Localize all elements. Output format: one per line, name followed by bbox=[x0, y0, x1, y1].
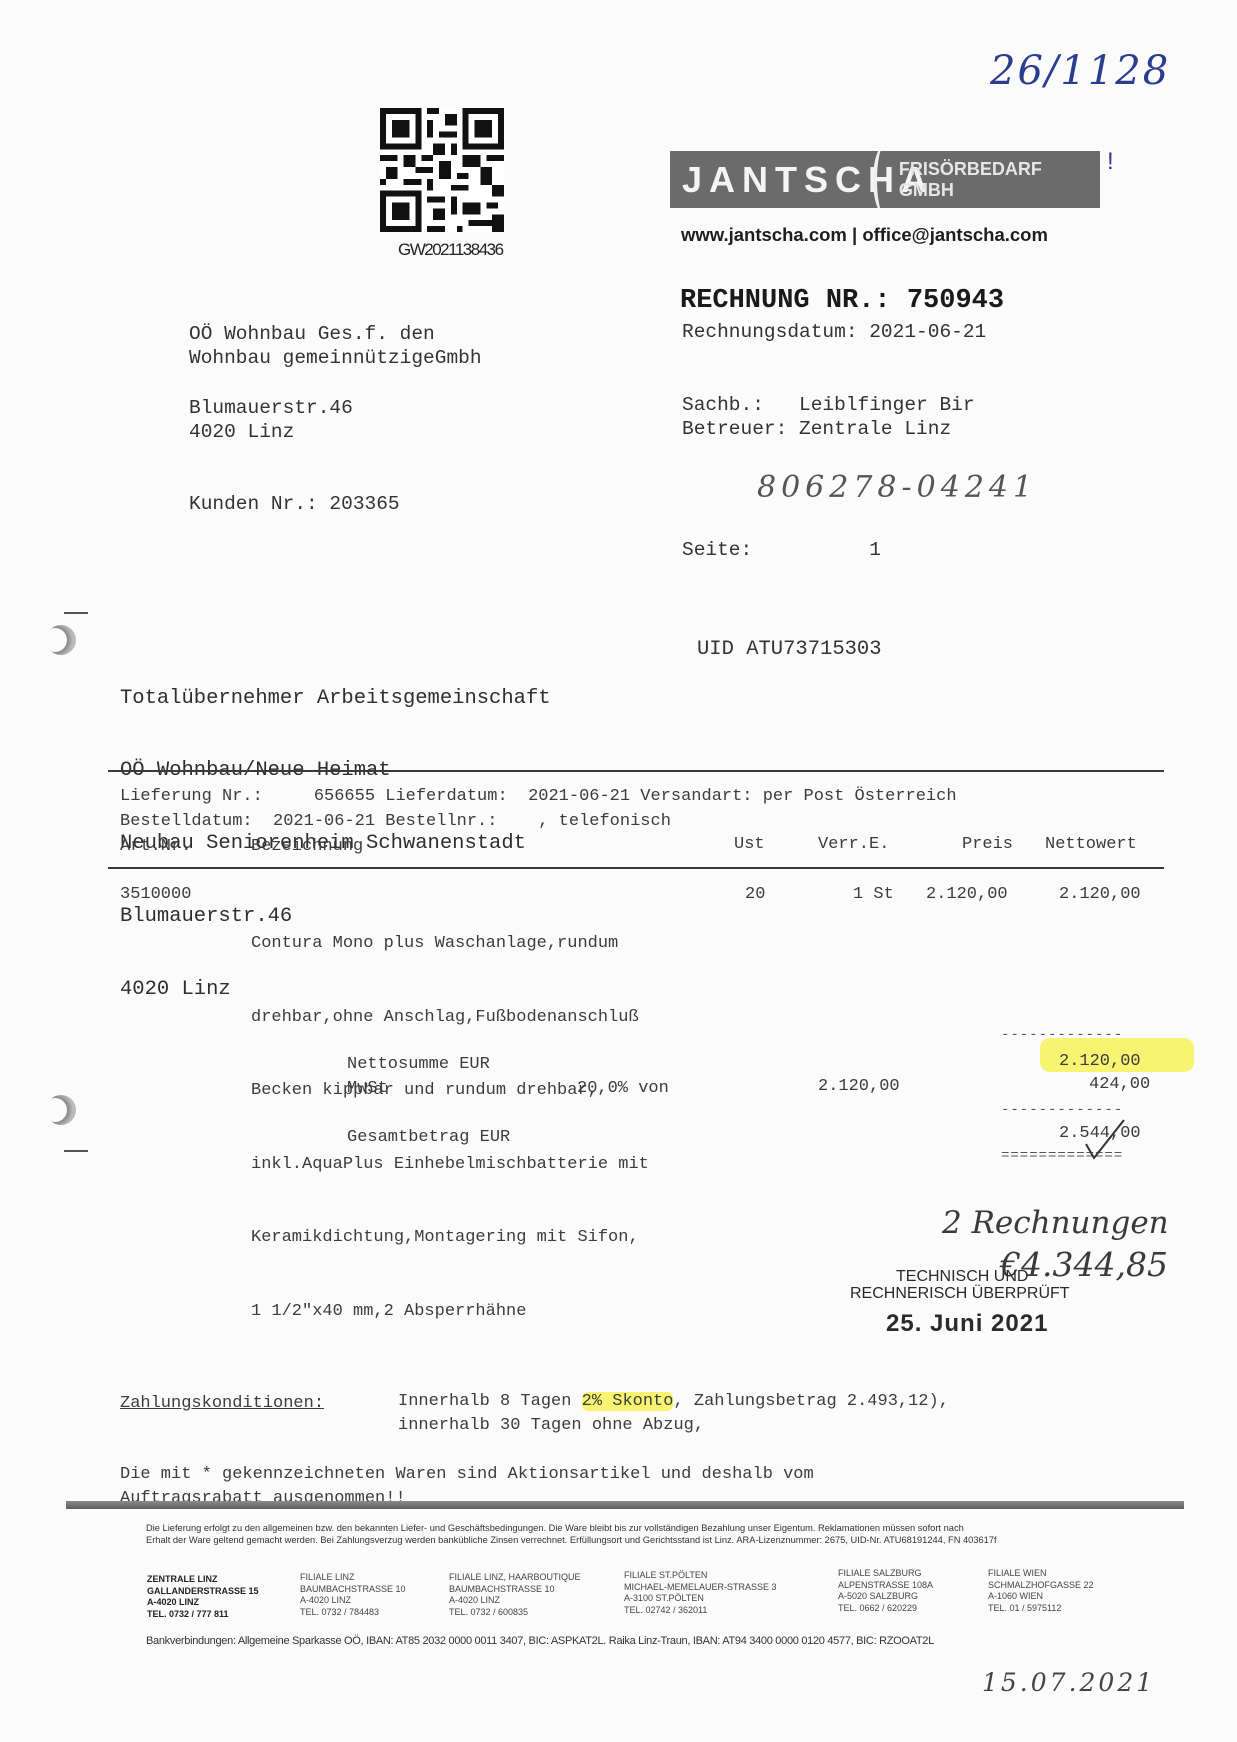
branch-linz: FILIALE LINZ BAUMBACHSTRASSE 10 A-4020 L… bbox=[300, 1572, 406, 1618]
uid-number: UID ATU73715303 bbox=[697, 638, 882, 662]
payment-terms-text: Innerhalb 8 Tagen bbox=[398, 1392, 582, 1411]
divider bbox=[108, 867, 1164, 869]
stamp-line1: TECHNISCH UND bbox=[850, 1268, 1070, 1285]
fold-mark bbox=[64, 612, 88, 614]
row-net-value: 2.120,00 bbox=[1059, 883, 1141, 908]
vat-base: 2.120,00 bbox=[818, 1075, 900, 1100]
grand-total-label: Gesamtbetrag EUR bbox=[347, 1126, 510, 1151]
handwritten-note: 2 Rechnungen bbox=[942, 1205, 1169, 1241]
qr-code-number: GW2021138436 bbox=[398, 240, 503, 260]
invoice-date: Rechnungsdatum: 2021-06-21 bbox=[682, 320, 986, 344]
stamp-date: 25. Juni 2021 bbox=[850, 1310, 1070, 1338]
promo-note-line1: Die mit * gekennzeichneten Waren sind Ak… bbox=[120, 1463, 814, 1488]
branch-salzburg: FILIALE SALZBURG ALPENSTRASSE 108A A-502… bbox=[838, 1568, 933, 1614]
company-contact: www.jantscha.com | office@jantscha.com bbox=[681, 224, 1048, 246]
description-line: 1 1/2"x40 mm,2 Absperrhähne bbox=[251, 1300, 649, 1325]
handwritten-order-number: 806278-04241 bbox=[757, 470, 1037, 505]
payment-terms-text: , Zahlungsbetrag 2.493,12), bbox=[673, 1392, 948, 1411]
punch-hole bbox=[46, 625, 76, 655]
description-line: inkl.AquaPlus Einhebelmischbatterie mit bbox=[251, 1153, 649, 1178]
recipient-street: Blumauerstr.46 bbox=[189, 396, 353, 420]
page-number: Seite: 1 bbox=[682, 538, 881, 562]
handwritten-mark: ! bbox=[1107, 148, 1114, 176]
footer-divider bbox=[66, 1501, 1184, 1509]
row-art-nr: 3510000 bbox=[120, 883, 191, 908]
delivery-info-line2: Bestelldatum: 2021-06-21 Bestellnr.: , t… bbox=[120, 810, 671, 835]
col-header-unit: Verr.E. bbox=[818, 833, 889, 858]
legal-terms: Die Lieferung erfolgt zu den allgemeinen… bbox=[146, 1522, 1106, 1546]
payment-terms-label: Zahlungskonditionen: bbox=[120, 1392, 324, 1417]
recipient-city: 4020 Linz bbox=[189, 420, 294, 444]
punch-hole bbox=[46, 1095, 76, 1125]
vat-value: 424,00 bbox=[1089, 1073, 1150, 1098]
verification-stamp: TECHNISCH UND RECHNERISCH ÜBERPRÜFT 25. … bbox=[850, 1268, 1070, 1338]
handwritten-reference: 26/1128 bbox=[990, 48, 1170, 94]
discount-highlight: 2% Skonto bbox=[582, 1392, 674, 1411]
qr-code-icon bbox=[380, 108, 504, 232]
branch-headquarters: ZENTRALE LINZ GALLANDERSTRASSE 15 A-4020… bbox=[147, 1574, 259, 1620]
stamp-line2: RECHNERISCH ÜBERPRÜFT bbox=[850, 1285, 1070, 1302]
branch-st-poelten: FILIALE ST.PÖLTEN MICHAEL-MEMELAUER-STRA… bbox=[624, 1570, 777, 1616]
customer-number: Kunden Nr.: 203365 bbox=[189, 492, 400, 516]
handwritten-date: 15.07.2021 bbox=[982, 1668, 1155, 1697]
account-manager-line: Betreuer: Zentrale Linz bbox=[682, 417, 951, 441]
clerk-line: Sachb.: Leiblfinger Bir bbox=[682, 393, 975, 417]
vat-rate: 20,0% von bbox=[577, 1077, 669, 1102]
fold-mark bbox=[64, 1150, 88, 1152]
company-name: JANTSCHA bbox=[670, 159, 875, 201]
delivery-address-line: Totalübernehmer Arbeitsgemeinschaft bbox=[120, 687, 551, 711]
row-unit: 1 St bbox=[853, 883, 894, 908]
net-total-label: Nettosumme EUR bbox=[347, 1053, 490, 1078]
payment-terms-line2: innerhalb 30 Tagen ohne Abzug, bbox=[398, 1414, 704, 1439]
logo-separator bbox=[873, 151, 897, 208]
legal-line: Die Lieferung erfolgt zu den allgemeinen… bbox=[146, 1522, 1106, 1534]
invoice-title: RECHNUNG NR.: 750943 bbox=[680, 286, 1004, 316]
recipient-line2: Wohnbau gemeinnützigeGmbh bbox=[189, 346, 482, 370]
payment-terms-line1: Innerhalb 8 Tagen 2% Skonto, Zahlungsbet… bbox=[398, 1390, 949, 1415]
description-line: Keramikdichtung,Montagering mit Sifon, bbox=[251, 1226, 649, 1251]
company-subtitle: FRISÖRBEDARF GMBH bbox=[897, 159, 1100, 201]
description-line: drehbar,ohne Anschlag,Fußbodenanschluß bbox=[251, 1006, 649, 1031]
delivery-info-line1: Lieferung Nr.: 656655 Lieferdatum: 2021-… bbox=[120, 785, 957, 810]
vat-label: MwSt bbox=[347, 1077, 388, 1102]
recipient-line1: OÖ Wohnbau Ges.f. den bbox=[189, 322, 435, 346]
branch-linz-haarboutique: FILIALE LINZ, HAARBOUTIQUE BAUMBACHSTRAS… bbox=[449, 1572, 581, 1618]
col-header-description: Bezeichnung bbox=[251, 835, 363, 860]
divider bbox=[108, 770, 1164, 772]
net-total-value: 2.120,00 bbox=[1059, 1050, 1141, 1075]
col-header-price: Preis bbox=[962, 833, 1013, 858]
checkmark-icon bbox=[1080, 1112, 1130, 1162]
legal-line: Erhalt der Ware geltend gemacht werden. … bbox=[146, 1534, 1106, 1546]
col-header-vat: Ust bbox=[734, 833, 765, 858]
company-logo: JANTSCHA FRISÖRBEDARF GMBH bbox=[670, 151, 1100, 208]
branch-wien: FILIALE WIEN SCHMALZHOFGASSE 22 A-1060 W… bbox=[988, 1568, 1094, 1614]
row-price: 2.120,00 bbox=[926, 883, 1008, 908]
description-line: Contura Mono plus Waschanlage,rundum bbox=[251, 932, 649, 957]
col-header-art-nr: Art.Nr. bbox=[120, 835, 191, 860]
bank-details: Bankverbindungen: Allgemeine Sparkasse O… bbox=[146, 1635, 934, 1647]
col-header-net: Nettowert bbox=[1045, 833, 1137, 858]
row-vat: 20 bbox=[745, 883, 765, 908]
